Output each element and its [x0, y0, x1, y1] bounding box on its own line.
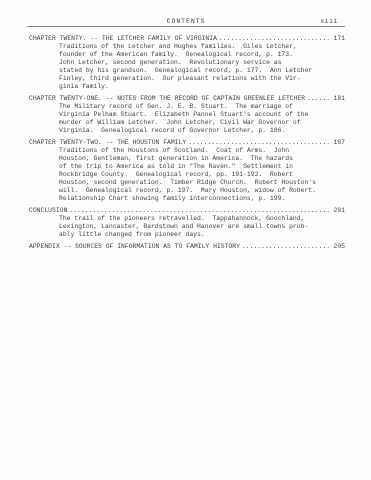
toc-entry: CHAPTER TWENTY-ONE. -- NOTES FROM THE RE… — [29, 95, 345, 135]
toc-entry: CHAPTER TWENTY. -- THE LETCHER FAMILY OF… — [29, 35, 345, 91]
toc-entry-title: CHAPTER TWENTY-TWO. -- THE HOUSTON FAMIL… — [29, 139, 186, 147]
toc-entry-heading: APPENDIX -- SOURCES OF INFORMATION AS TO… — [29, 243, 345, 251]
contents-heading: CONTENTS — [167, 18, 206, 26]
scanned-contents-page: CONTENTS xiii CHAPTER TWENTY. -- THE LET… — [0, 0, 371, 480]
description-line: Houston, Gentleman, first generation in … — [59, 155, 345, 163]
folio-page-number: xiii — [320, 18, 338, 26]
toc-entry: CHAPTER TWENTY-TWO. -- THE HOUSTON FAMIL… — [29, 139, 345, 203]
toc-entry-title: APPENDIX -- SOURCES OF INFORMATION AS TO… — [29, 243, 240, 251]
toc-entry: CONCLUSION..............................… — [29, 207, 345, 239]
toc-entry-page-number: 187 — [333, 139, 345, 147]
toc-entry-description: The Military record of Gen. J. E. B. Stu… — [59, 103, 345, 135]
description-line: will. Genealogical record, p. 197. Mary … — [59, 187, 345, 195]
toc-list: CHAPTER TWENTY. -- THE LETCHER FAMILY OF… — [29, 35, 345, 255]
toc-entry-description: The trail of the pioneers retravelled. T… — [59, 215, 345, 239]
toc-entry-heading: CHAPTER TWENTY-TWO. -- THE HOUSTON FAMIL… — [29, 139, 345, 147]
toc-entry-description: Traditions of the Houstons of Scotland. … — [59, 147, 345, 203]
toc-entry-title: CONCLUSION — [29, 207, 67, 215]
dot-leader: ........................................… — [219, 35, 332, 43]
toc-entry: APPENDIX -- SOURCES OF INFORMATION AS TO… — [29, 243, 345, 251]
description-line: founder of the American family. Genealog… — [59, 51, 345, 59]
description-line: ginia family. — [59, 83, 345, 91]
description-line: Relationship Chart showing family interc… — [59, 195, 345, 203]
dot-leader: ........................................… — [242, 243, 332, 251]
dot-leader: ........................................… — [307, 95, 331, 103]
dot-leader: ........................................… — [188, 139, 331, 147]
description-line: of the trip to America as told in "The R… — [59, 163, 345, 171]
description-line: The Military record of Gen. J. E. B. Stu… — [59, 103, 345, 111]
description-line: Traditions of the Houstons of Scotland. … — [59, 147, 345, 155]
dot-leader: ........................................… — [69, 207, 331, 215]
description-line: ably little changed from pioneer days. — [59, 231, 345, 239]
toc-entry-description: Traditions of the Letcher and Hughes fam… — [59, 43, 345, 91]
page-header: CONTENTS xiii — [27, 17, 345, 27]
description-line: The trail of the pioneers retravelled. T… — [59, 215, 345, 223]
toc-entry-page-number: 181 — [333, 95, 345, 103]
description-line: stated by his grandson. Genealogical rec… — [59, 67, 345, 75]
description-line: Finley, third generation. Our pleasant r… — [59, 75, 345, 83]
description-line: Lexington, Lancaster, Bardstown and Hano… — [59, 223, 345, 231]
toc-entry-heading: CHAPTER TWENTY-ONE. -- NOTES FROM THE RE… — [29, 95, 345, 103]
description-line: Virginia. Genealogical record of Governo… — [59, 127, 345, 135]
toc-entry-title: CHAPTER TWENTY. -- THE LETCHER FAMILY OF… — [29, 35, 217, 43]
toc-entry-page-number: 201 — [333, 207, 345, 215]
description-line: Rockbridge County. Genealogical record, … — [59, 171, 345, 179]
description-line: Traditions of the Letcher and Hughes fam… — [59, 43, 345, 51]
description-line: murder of William Letcher. John Letcher,… — [59, 119, 345, 127]
toc-entry-page-number: 171 — [333, 35, 345, 43]
description-line: Houston, second generation. Timber Ridge… — [59, 179, 345, 187]
description-line: John Letcher, second generation. Revolut… — [59, 59, 345, 67]
toc-entry-heading: CONCLUSION..............................… — [29, 207, 345, 215]
toc-entry-heading: CHAPTER TWENTY. -- THE LETCHER FAMILY OF… — [29, 35, 345, 43]
toc-entry-title: CHAPTER TWENTY-ONE. -- NOTES FROM THE RE… — [29, 95, 305, 103]
description-line: Virginia Pelham Stuart. Elizabeth Pannel… — [59, 111, 345, 119]
toc-entry-page-number: 205 — [333, 243, 345, 251]
